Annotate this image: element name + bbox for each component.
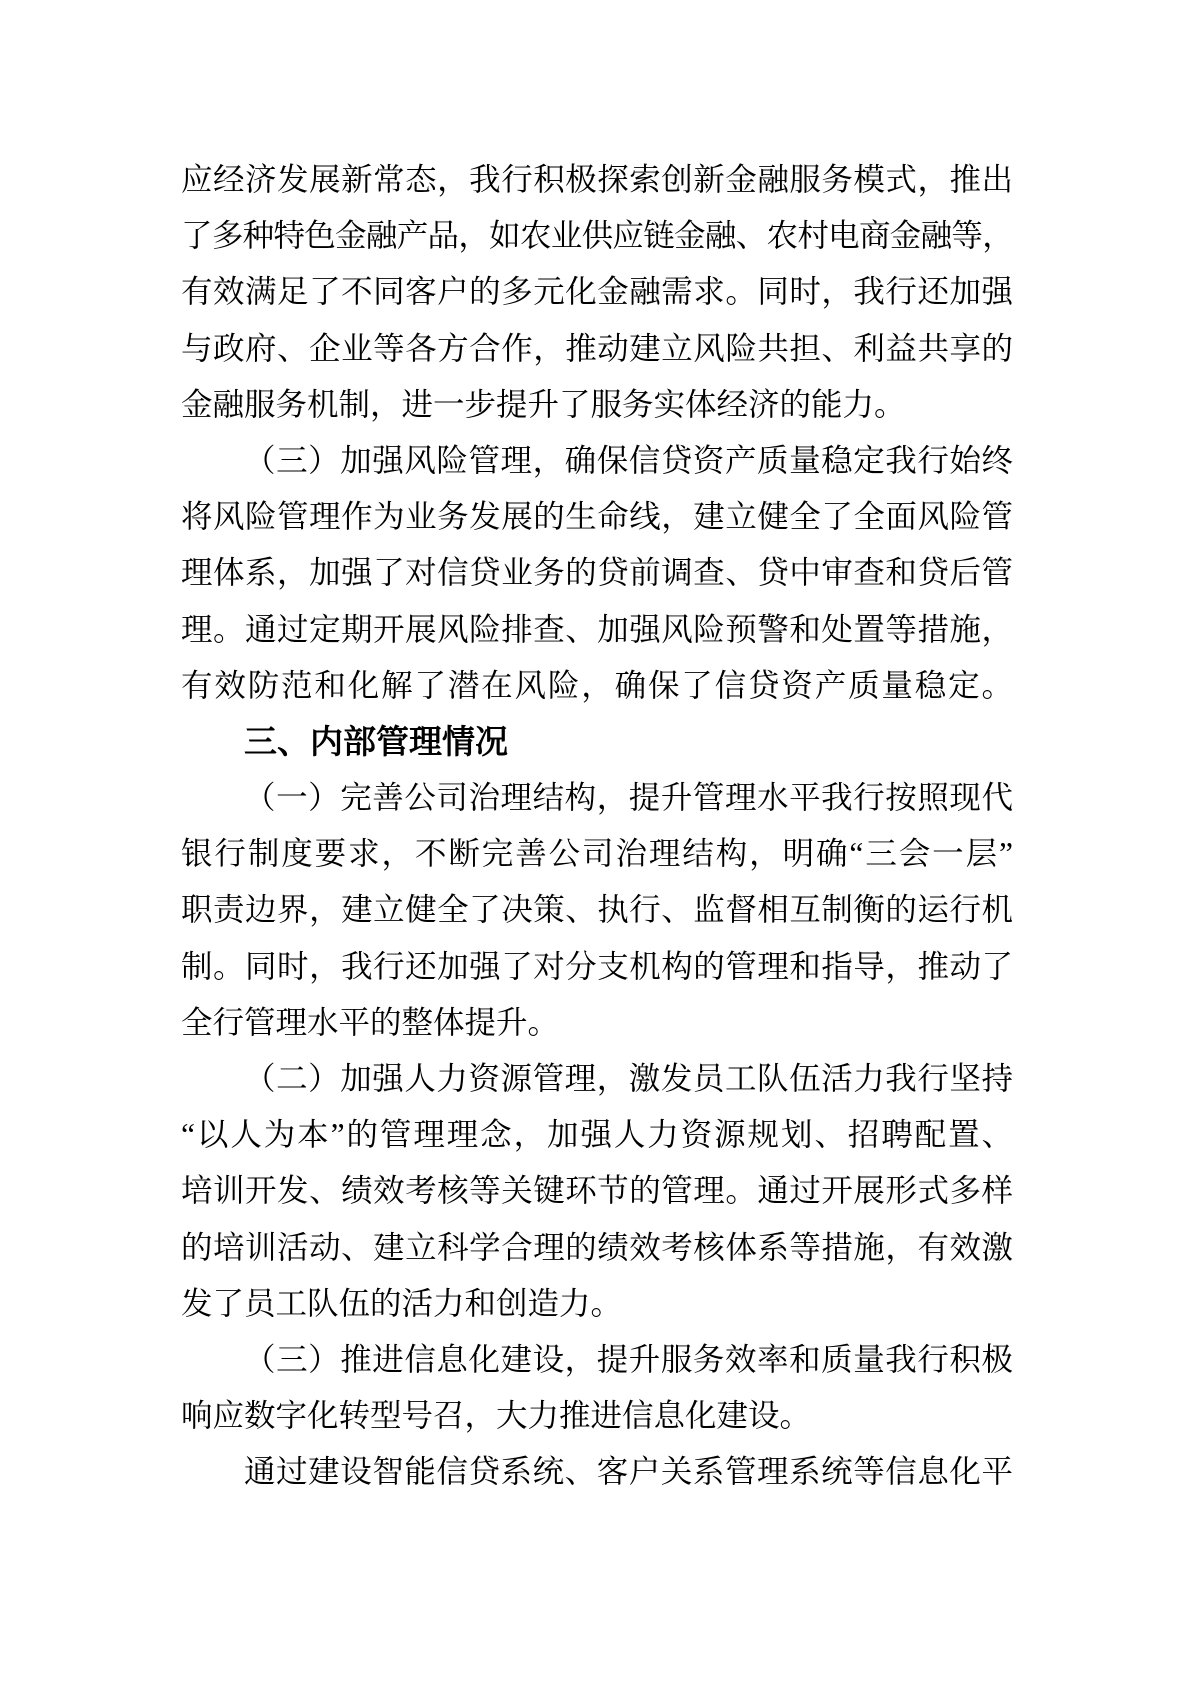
text-line: 与政府、企业等各方合作，推动建立风险共担、利益共享的: [181, 321, 1013, 377]
text-line: 的培训活动、建立科学合理的绩效考核体系等措施，有效激: [181, 1220, 1013, 1276]
text-line: 金融服务机制，进一步提升了服务实体经济的能力。: [181, 377, 1013, 433]
text-line: 理体系，加强了对信贷业务的贷前调查、贷中审查和贷后管: [181, 545, 1013, 601]
text-line: 制。同时，我行还加强了对分支机构的管理和指导，推动了: [181, 939, 1013, 995]
text-line: 有效满足了不同客户的多元化金融需求。同时，我行还加强: [181, 264, 1013, 320]
text-line: （二）加强人力资源管理，激发员工队伍活力我行坚持: [181, 1051, 1013, 1107]
text-line: 响应数字化转型号召，大力推进信息化建设。: [181, 1388, 1013, 1444]
text-line: 通过建设智能信贷系统、客户关系管理系统等信息化平: [181, 1444, 1013, 1500]
document-page: 应经济发展新常态，我行积极探索创新金融服务模式，推出 了多种特色金融产品，如农业…: [0, 0, 1190, 1683]
text-line: 银行制度要求，不断完善公司治理结构，明确“三会一层”: [181, 826, 1013, 882]
text-line: 应经济发展新常态，我行积极探索创新金融服务模式，推出: [181, 152, 1013, 208]
text-line: “以人为本”的管理理念，加强人力资源规划、招聘配置、: [181, 1107, 1013, 1163]
text-line: （三）推进信息化建设，提升服务效率和质量我行积极: [181, 1332, 1013, 1388]
text-line: 理。通过定期开展风险排查、加强风险预警和处置等措施，: [181, 602, 1013, 658]
text-line: 将风险管理作为业务发展的生命线，建立健全了全面风险管: [181, 489, 1013, 545]
text-line: 有效防范和化解了潜在风险，确保了信贷资产质量稳定。: [181, 658, 1013, 714]
text-line: 培训开发、绩效考核等关键环节的管理。通过开展形式多样: [181, 1163, 1013, 1219]
text-line: （一）完善公司治理结构，提升管理水平我行按照现代: [181, 770, 1013, 826]
text-line: 职责边界，建立健全了决策、执行、监督相互制衡的运行机: [181, 882, 1013, 938]
section-heading: 三、内部管理情况: [181, 714, 1013, 770]
text-line: 发了员工队伍的活力和创造力。: [181, 1276, 1013, 1332]
text-line: （三）加强风险管理，确保信贷资产质量稳定我行始终: [181, 433, 1013, 489]
text-line: 了多种特色金融产品，如农业供应链金融、农村电商金融等，: [181, 208, 1013, 264]
text-line: 全行管理水平的整体提升。: [181, 995, 1013, 1051]
text-body: 应经济发展新常态，我行积极探索创新金融服务模式，推出 了多种特色金融产品，如农业…: [181, 152, 1013, 1501]
